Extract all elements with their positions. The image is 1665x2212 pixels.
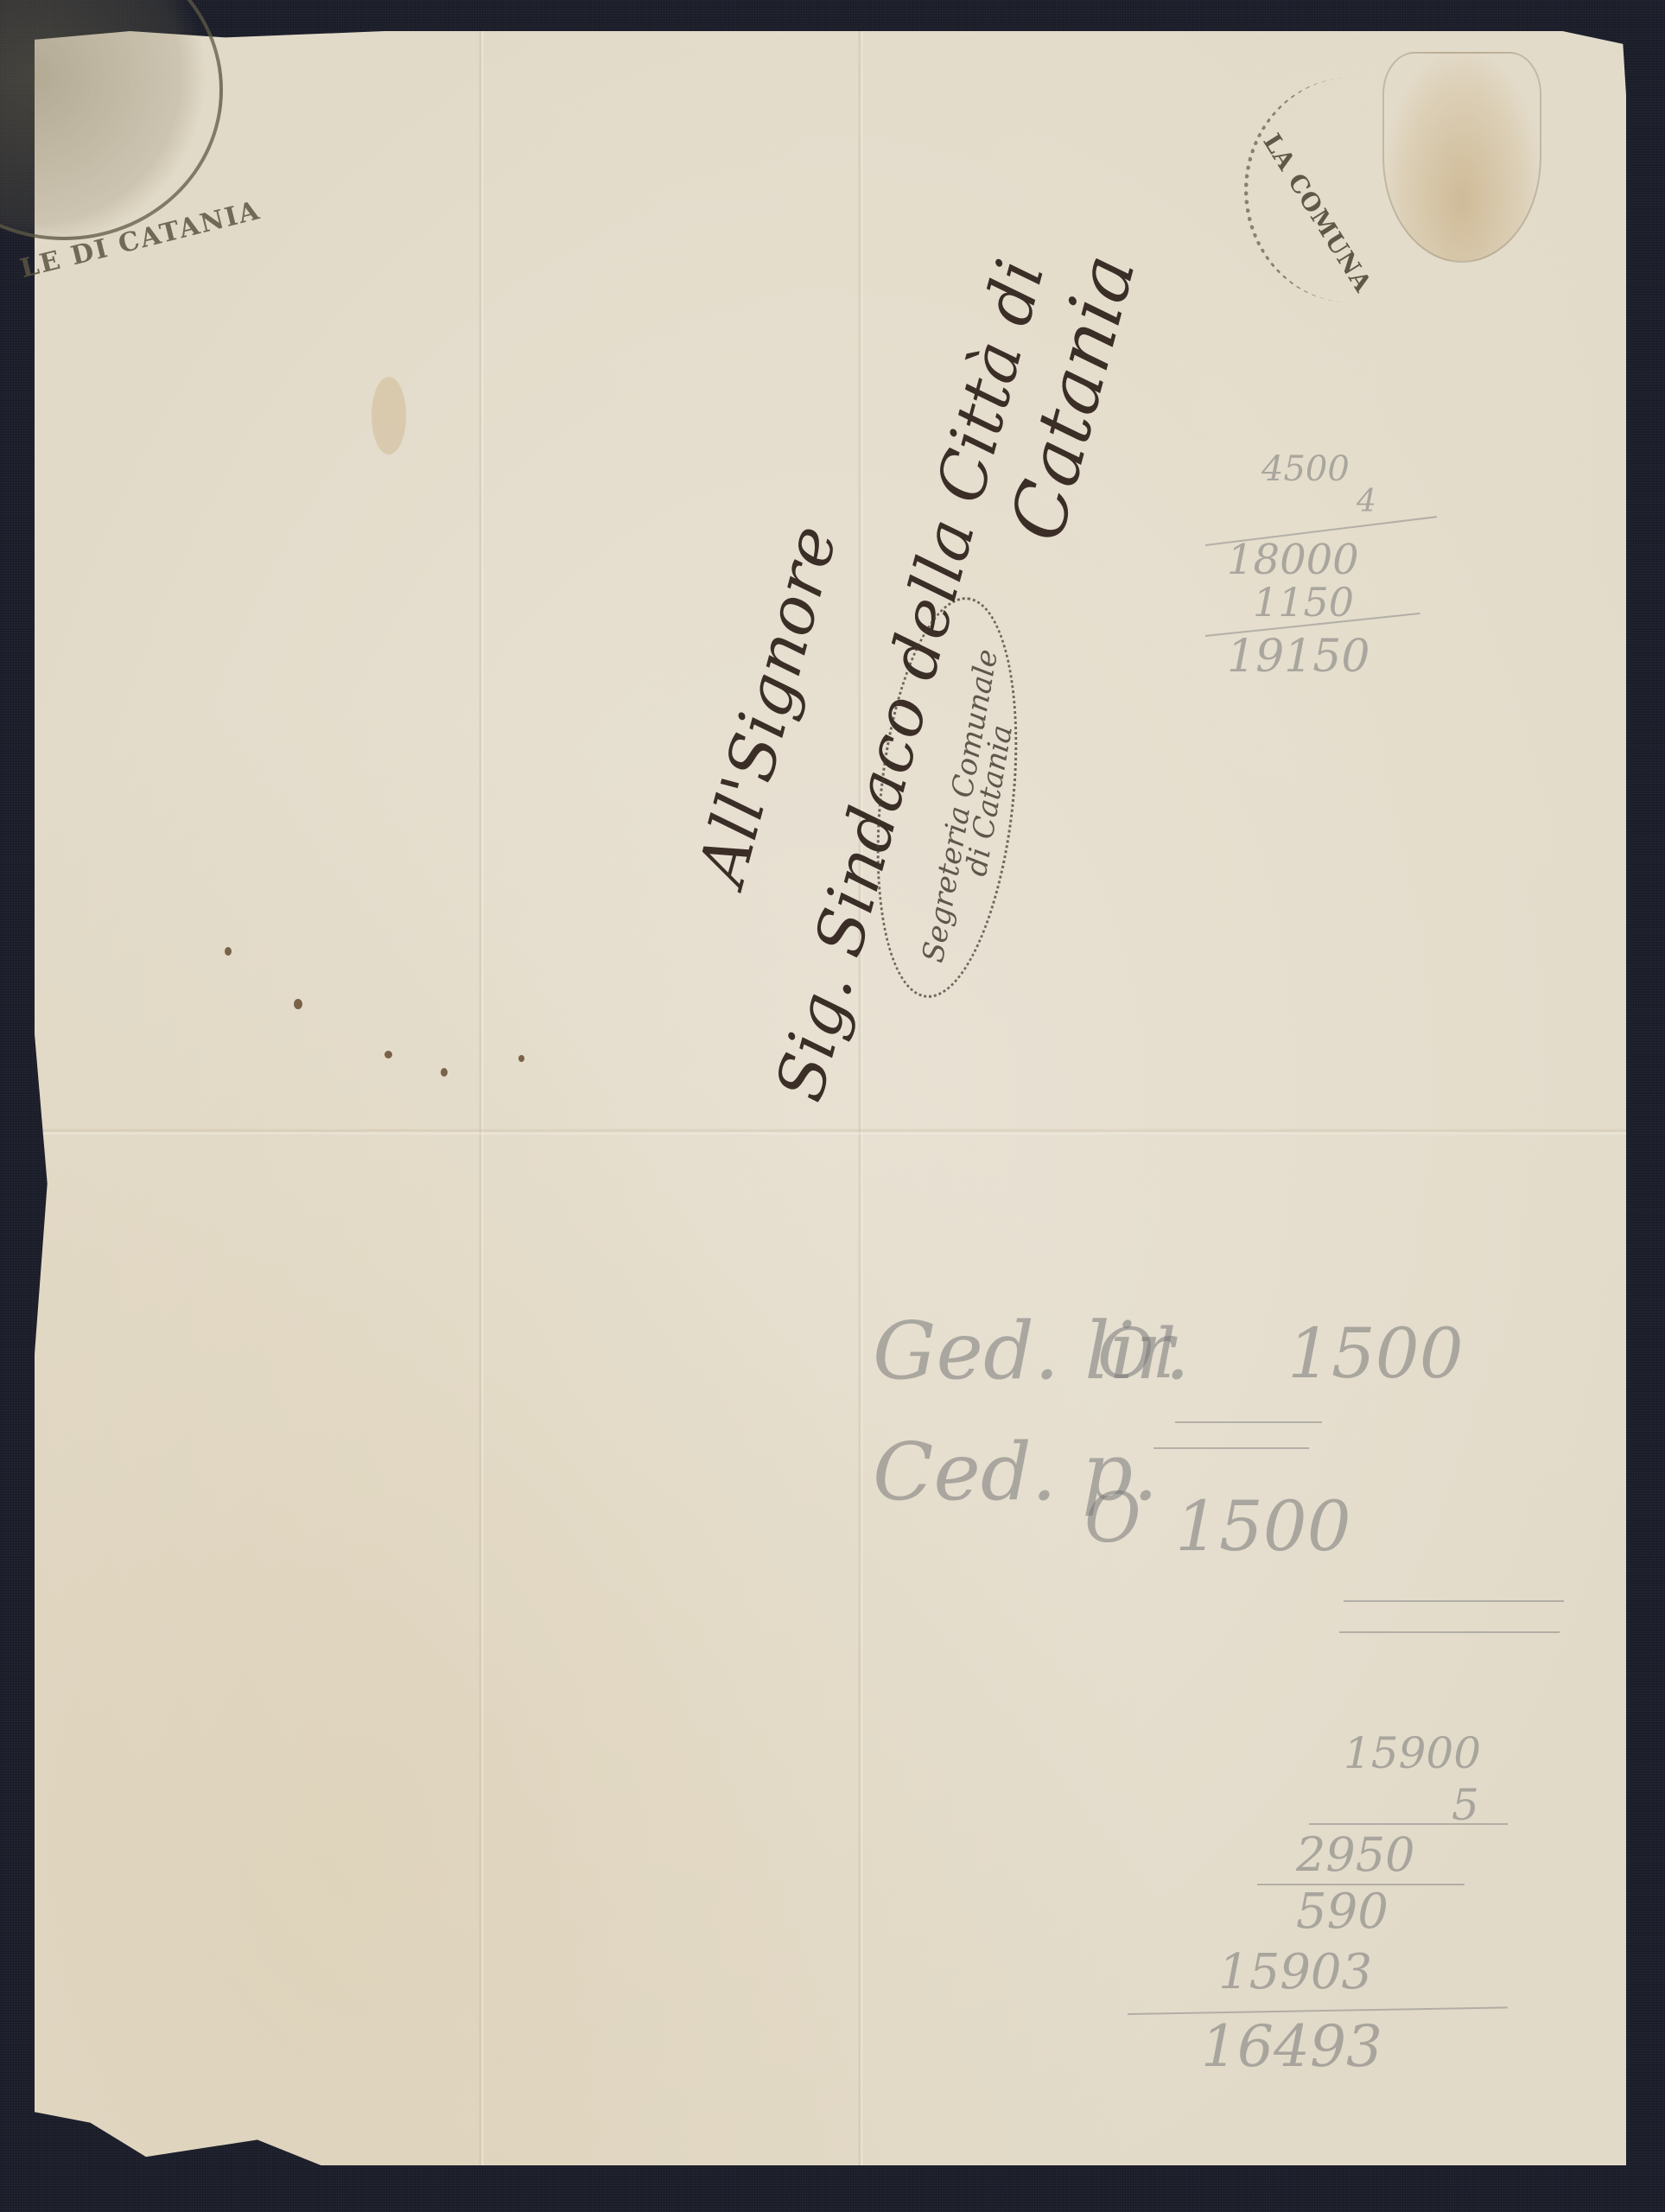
stain: [372, 377, 406, 454]
ink-spot: [441, 1068, 448, 1077]
fold-line-vertical-right: [858, 31, 863, 2165]
pencil-note-amount: 1500: [1175, 1486, 1351, 1567]
ink-spot: [225, 947, 232, 956]
pencil-calc-bottom-row: 16493: [1201, 2013, 1382, 2080]
pencil-calc-bottom-row: 2950: [1296, 1827, 1414, 1882]
pencil-calc-top-row: 4: [1357, 484, 1376, 519]
fold-line-vertical-left: [479, 31, 484, 2165]
pencil-note-sign: Ol: [1097, 1313, 1176, 1394]
ink-spot: [518, 1055, 524, 1062]
pencil-line: [1175, 1421, 1322, 1423]
wax-seal-residue: [1382, 52, 1541, 263]
pencil-calc-bottom-row: 15900: [1344, 1728, 1481, 1778]
pencil-calc-top-row: 18000: [1227, 536, 1359, 584]
fold-line-horizontal: [35, 1128, 1626, 1135]
pencil-calc-top-row: 4500: [1261, 449, 1350, 489]
pencil-calc-bottom-row: 590: [1296, 1884, 1389, 1940]
pencil-line: [1344, 1600, 1564, 1602]
pencil-note-sign: O: [1084, 1478, 1141, 1558]
pencil-line: [1339, 1631, 1560, 1633]
pencil-calc-bottom-row: 15903: [1218, 1944, 1372, 2000]
pencil-sum-line: [1309, 1823, 1508, 1825]
pencil-line: [1153, 1447, 1309, 1449]
ink-spot: [294, 999, 302, 1009]
pencil-calc-top-row: 1150: [1253, 579, 1354, 626]
pencil-calc-top-row: 19150: [1227, 631, 1369, 683]
pencil-note-amount: 1500: [1287, 1313, 1464, 1394]
ink-spot: [384, 1051, 392, 1058]
